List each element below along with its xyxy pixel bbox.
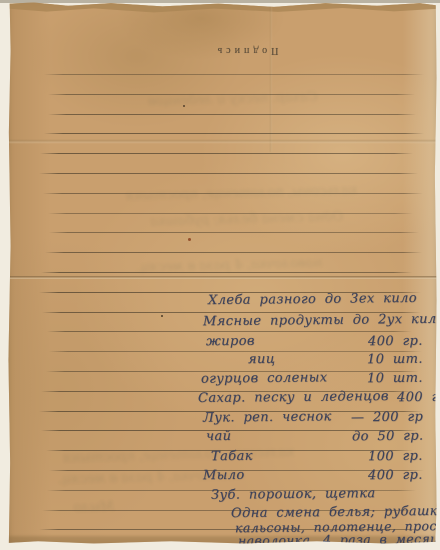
ruled-line [49,232,419,233]
item-amount: 10 шт. [359,371,423,387]
handwritten-row: яиц10 шт. [193,352,423,367]
scanner-edge [0,0,440,3]
handwritten-row: огурцов соленых10 шт. [193,371,423,386]
item-text: чай [206,429,232,444]
stain-speck [183,105,185,107]
item-text: Лук. реп. чеснок [203,409,332,425]
vertical-crease [270,2,272,152]
stain-speck [188,238,191,241]
torn-top-edge [8,2,437,13]
item-text: Сахар. песку и леденцов [198,389,389,406]
paper-sheet: Подпись Сахар. песку и леденцовкальсоны,… [8,2,437,544]
item-amount: до 50 гр. [343,429,423,445]
item-amount: 10 шт. [359,352,423,368]
item-text: огурцов соленых [201,370,328,386]
handwritten-row: Лук. реп. чеснок— 200 гр [193,410,423,425]
handwritten-row: Мясные продукты до 2ух кило [193,313,423,328]
scanned-page: Подпись Сахар. песку и леденцовкальсоны,… [0,0,440,550]
item-amount: 100 гр. [360,449,423,465]
handwritten-row: наволочка, 4 раза в месяц. [193,532,423,547]
item-text: Мыло [203,468,245,483]
ruled-line [45,252,422,253]
handwritten-row: Сахар. песку и леденцов400 гр [193,390,423,405]
ruled-line [47,331,412,332]
item-amount: 400 гр [389,390,440,406]
handwritten-row: чайдо 50 гр. [193,429,423,444]
ruled-line [39,173,417,174]
item-text: жиров [206,334,255,350]
item-amount: — 200 гр [343,410,423,426]
handwritten-row: Мыло400 гр. [193,468,423,483]
ruled-line [40,153,413,154]
handwritten-row: Табак100 гр. [193,449,423,464]
ruled-line [48,213,413,214]
item-text: наволочка, 4 раза в месяц. [238,531,440,548]
ruled-line [44,74,424,75]
ruled-line [48,114,415,115]
item-text: Табак [211,449,253,464]
item-amount: 400 гр. [360,334,423,350]
stain-speck [161,315,163,317]
printed-label-signature: Подпись [204,45,288,56]
ruled-line [43,193,423,194]
item-text: Хлеба разного до 3ех кило [208,291,417,308]
bleed-through-text: Сахар. песку и леденцов [148,90,318,109]
ruled-line [44,133,423,134]
ruled-line [41,272,412,273]
item-text: Зуб. порошок, щетка [211,486,376,503]
item-amount: 400 гр. [360,468,423,484]
handwritten-row: Зуб. порошок, щетка [193,487,423,502]
item-text: Мясные продукты до 2ух кило [203,312,440,330]
fold-crease-upper [8,140,437,143]
ruled-line [48,94,414,95]
handwritten-row: жиров400 гр. [193,334,423,349]
item-text: яиц [248,352,275,367]
fold-crease-lower [8,276,437,279]
handwritten-row: Хлеба разного до 3ех кило [193,292,423,307]
bleed-through-text: Мыло [74,499,114,515]
